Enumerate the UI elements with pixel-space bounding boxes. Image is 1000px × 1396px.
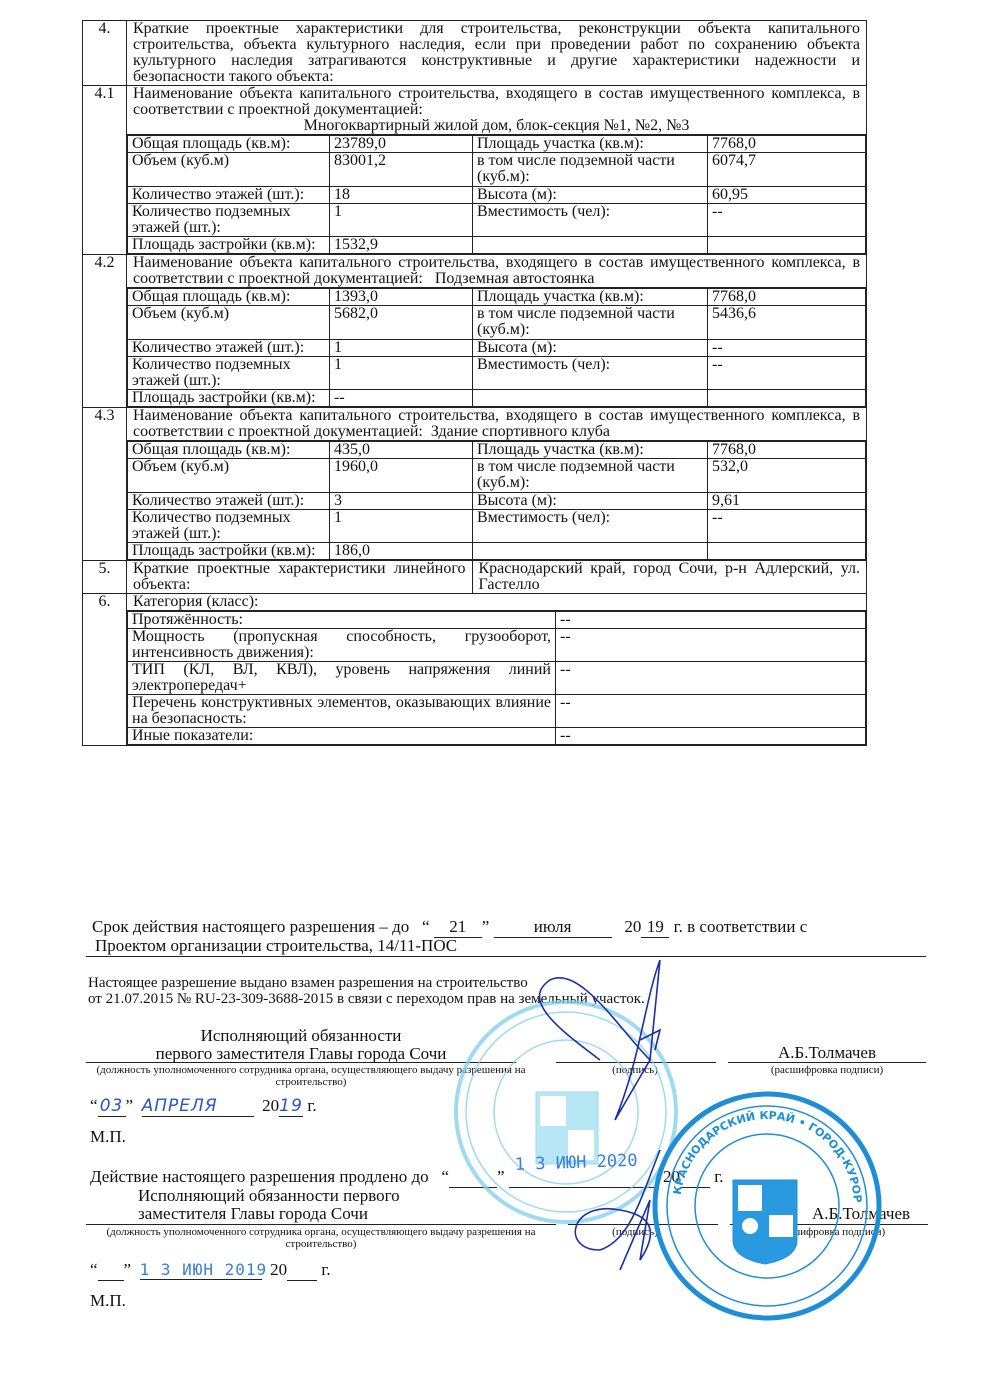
validity-month: июля bbox=[494, 917, 612, 938]
seal-placeholder: М.П. bbox=[90, 1127, 126, 1147]
issue-year: 19 bbox=[279, 1096, 303, 1117]
param-label: Объем (куб.м) bbox=[128, 153, 330, 187]
position-caption: (должность уполномоченного сотрудника ор… bbox=[86, 1064, 536, 1088]
param-label: Вместимость (чел): bbox=[473, 357, 708, 390]
param-row: Количество этажей (шт.):1Высота (м):-- bbox=[128, 340, 866, 357]
section-number: 5. bbox=[83, 561, 127, 594]
param-row: Количество подземных этажей (шт.):1Вмест… bbox=[128, 357, 866, 390]
param-value: 1 bbox=[330, 357, 473, 390]
name-caption: (расшифровка подписи) bbox=[730, 1226, 928, 1238]
param-label: Площадь застройки (кв.м): bbox=[128, 543, 330, 560]
issue-month: АПРЕЛЯ bbox=[142, 1096, 254, 1117]
param-value: 435,0 bbox=[330, 442, 473, 459]
section-number: 4.2 bbox=[83, 255, 127, 408]
section-number: 4.1 bbox=[83, 86, 127, 255]
object-4-1: 4.1 Наименование объекта капитального ст… bbox=[83, 86, 867, 255]
object-name: Многоквартирный жилой дом, блок-секция №… bbox=[133, 118, 860, 134]
characteristics-table: 4. Краткие проектные характеристики для … bbox=[82, 20, 867, 746]
param-label: Вместимость (чел): bbox=[473, 510, 708, 543]
param-row: Перечень конструктивных элементов, оказы… bbox=[128, 695, 866, 728]
param-row: Объем (куб.м)5682,0в том числе подземной… bbox=[128, 306, 866, 340]
param-label: Площадь застройки (кв.м): bbox=[128, 237, 330, 254]
param-row: Количество этажей (шт.):18Высота (м):60,… bbox=[128, 187, 866, 204]
param-value: -- bbox=[708, 204, 866, 237]
param-label: Количество этажей (шт.): bbox=[128, 340, 330, 357]
param-label: ТИП (КЛ, ВЛ, КВЛ), уровень напряжения ли… bbox=[128, 662, 556, 695]
name-caption: (расшифровка подписи) bbox=[728, 1064, 926, 1076]
param-value: -- bbox=[708, 340, 866, 357]
section-5-row: 5. Краткие проектные характеристики лине… bbox=[83, 561, 867, 594]
param-label: Перечень конструктивных элементов, оказы… bbox=[128, 695, 556, 728]
param-label bbox=[473, 390, 708, 407]
param-value: -- bbox=[708, 357, 866, 390]
object-4-3: 4.3 Наименование объекта капитального ст… bbox=[83, 408, 867, 561]
validity-basis: Проектом организации строительства, 14/1… bbox=[95, 936, 457, 956]
extension-line: Действие настоящего разрешения продлено … bbox=[90, 1167, 724, 1188]
param-label: Высота (м): bbox=[473, 187, 708, 204]
param-value: 60,95 bbox=[708, 187, 866, 204]
param-value: -- bbox=[556, 612, 866, 629]
object-4-2: 4.2 Наименование объекта капитального ст… bbox=[83, 255, 867, 408]
section-4-text: Краткие проектные характеристики для стр… bbox=[127, 21, 867, 86]
param-value: 18 bbox=[330, 187, 473, 204]
param-label: Объем (куб.м) bbox=[128, 306, 330, 340]
extension-day bbox=[449, 1167, 497, 1188]
param-row: Объем (куб.м)83001,2в том числе подземно… bbox=[128, 153, 866, 187]
param-row: Количество подземных этажей (шт.):1Вмест… bbox=[128, 204, 866, 237]
extension-signatory-name: А.Б.Толмачев bbox=[812, 1204, 910, 1224]
param-label: Высота (м): bbox=[473, 493, 708, 510]
validity-day: 21 bbox=[434, 917, 482, 938]
param-value bbox=[708, 390, 866, 407]
param-value: 1 bbox=[330, 510, 473, 543]
param-value: -- bbox=[556, 728, 866, 745]
param-row: Площадь застройки (кв.м):1532,9 bbox=[128, 237, 866, 254]
param-value: 3 bbox=[330, 493, 473, 510]
param-value: 1960,0 bbox=[330, 459, 473, 493]
extension-year bbox=[680, 1167, 710, 1188]
param-row: Общая площадь (кв.м):23789,0Площадь учас… bbox=[128, 136, 866, 153]
param-row: Общая площадь (кв.м):1393,0Площадь участ… bbox=[128, 289, 866, 306]
validity-line: Срок действия настоящего разрешения – до… bbox=[92, 917, 807, 938]
param-row: Иные показатели:-- bbox=[128, 728, 866, 745]
section-number: 6. bbox=[83, 594, 127, 746]
param-label: Вместимость (чел): bbox=[473, 204, 708, 237]
param-value: 1 bbox=[330, 340, 473, 357]
param-value: -- bbox=[330, 390, 473, 407]
param-label: Протяжённость: bbox=[128, 612, 556, 629]
extension-signatory-position: Исполняющий обязанности первого заместит… bbox=[138, 1187, 400, 1223]
divider bbox=[86, 956, 926, 957]
param-label: Мощность (пропускная способность, грузоо… bbox=[128, 629, 556, 662]
param-label: Общая площадь (кв.м): bbox=[128, 136, 330, 153]
param-label: Общая площадь (кв.м): bbox=[128, 442, 330, 459]
param-label: Количество этажей (шт.): bbox=[128, 187, 330, 204]
linear-object-location: Краснодарский край, город Сочи, р-н Адле… bbox=[472, 561, 866, 593]
param-label: в том числе подземной части (куб.м): bbox=[473, 153, 708, 187]
replacement-line-1: Настоящее разрешение выдано взамен разре… bbox=[88, 975, 528, 992]
linear-object-label: Краткие проектные характеристики линейно… bbox=[127, 561, 472, 593]
param-label: в том числе подземной части (куб.м): bbox=[473, 306, 708, 340]
param-value: 5682,0 bbox=[330, 306, 473, 340]
section-number: 4. bbox=[83, 21, 127, 86]
param-row: Протяжённость:-- bbox=[128, 612, 866, 629]
param-label: Площадь участка (кв.м): bbox=[473, 442, 708, 459]
extension-month bbox=[509, 1167, 659, 1188]
object-heading: Наименование объекта капитального строит… bbox=[133, 85, 860, 118]
object-params: Общая площадь (кв.м):23789,0Площадь учас… bbox=[127, 135, 866, 254]
param-value: 532,0 bbox=[708, 459, 866, 493]
position-caption: (должность уполномоченного сотрудника ор… bbox=[86, 1226, 556, 1250]
param-row: Объем (куб.м)1960,0в том числе подземной… bbox=[128, 459, 866, 493]
param-value bbox=[708, 237, 866, 254]
object-params: Общая площадь (кв.м):435,0Площадь участк… bbox=[127, 441, 866, 560]
replacement-line-2: от 21.07.2015 № RU-23-309-3688-2015 в св… bbox=[88, 991, 645, 1008]
param-value: 23789,0 bbox=[330, 136, 473, 153]
issue-day: 03 bbox=[98, 1096, 126, 1117]
extension-date-stamp: 1 3 ИЮН 2019 bbox=[140, 1260, 262, 1280]
param-label: Высота (м): bbox=[473, 340, 708, 357]
param-row: Количество этажей (шт.):3Высота (м):9,61 bbox=[128, 493, 866, 510]
issue-date: “03” АПРЕЛЯ 2019 г. bbox=[90, 1096, 317, 1117]
param-label: Площадь застройки (кв.м): bbox=[128, 390, 330, 407]
param-value: 83001,2 bbox=[330, 153, 473, 187]
signature-caption: (подпись) bbox=[570, 1064, 700, 1076]
signatory-name: А.Б.Толмачев bbox=[728, 1043, 926, 1063]
param-value: 1 bbox=[330, 204, 473, 237]
param-label: Количество подземных этажей (шт.): bbox=[128, 204, 330, 237]
param-value: 1393,0 bbox=[330, 289, 473, 306]
param-value: 5436,6 bbox=[708, 306, 866, 340]
param-label: Количество подземных этажей (шт.): bbox=[128, 510, 330, 543]
param-label: Иные показатели: bbox=[128, 728, 556, 745]
param-value: 7768,0 bbox=[708, 442, 866, 459]
param-label bbox=[473, 237, 708, 254]
signature-caption: (подпись) bbox=[575, 1226, 695, 1238]
param-row: Площадь застройки (кв.м):-- bbox=[128, 390, 866, 407]
param-label: Объем (куб.м) bbox=[128, 459, 330, 493]
section-4-row: 4. Краткие проектные характеристики для … bbox=[83, 21, 867, 86]
object-name: Подземная автостоянка bbox=[435, 270, 595, 287]
section-number: 4.3 bbox=[83, 408, 127, 561]
param-row: Мощность (пропускная способность, грузоо… bbox=[128, 629, 866, 662]
section-6-row: 6. Категория (класс): Протяжённость:-- М… bbox=[83, 594, 867, 746]
validity-year: 19 bbox=[641, 917, 669, 938]
param-label: Общая площадь (кв.м): bbox=[128, 289, 330, 306]
param-value: -- bbox=[708, 510, 866, 543]
param-value: 1532,9 bbox=[330, 237, 473, 254]
param-value: 7768,0 bbox=[708, 136, 866, 153]
param-label: Количество подземных этажей (шт.): bbox=[128, 357, 330, 390]
param-label: в том числе подземной части (куб.м): bbox=[473, 459, 708, 493]
param-value: -- bbox=[556, 695, 866, 728]
param-label bbox=[473, 543, 708, 560]
param-value bbox=[708, 543, 866, 560]
seal-placeholder: М.П. bbox=[90, 1291, 126, 1311]
param-value: 7768,0 bbox=[708, 289, 866, 306]
param-row: Площадь застройки (кв.м):186,0 bbox=[128, 543, 866, 560]
param-label: Площадь участка (кв.м): bbox=[473, 136, 708, 153]
extension-date: “ ” 1 3 ИЮН 2019 20 г. bbox=[90, 1260, 331, 1281]
param-value: -- bbox=[556, 662, 866, 695]
param-value: 186,0 bbox=[330, 543, 473, 560]
linear-params: Протяжённость:-- Мощность (пропускная сп… bbox=[127, 611, 866, 745]
object-params: Общая площадь (кв.м):1393,0Площадь участ… bbox=[127, 288, 866, 407]
param-label: Количество этажей (шт.): bbox=[128, 493, 330, 510]
category-heading: Категория (класс): bbox=[127, 594, 866, 611]
param-value: 9,61 bbox=[708, 493, 866, 510]
param-label: Площадь участка (кв.м): bbox=[473, 289, 708, 306]
param-row: Общая площадь (кв.м):435,0Площадь участк… bbox=[128, 442, 866, 459]
signatory-position: Исполняющий обязанности первого заместит… bbox=[86, 1027, 516, 1063]
param-value: -- bbox=[556, 629, 866, 662]
param-value: 6074,7 bbox=[708, 153, 866, 187]
param-row: Количество подземных этажей (шт.):1Вмест… bbox=[128, 510, 866, 543]
param-row: ТИП (КЛ, ВЛ, КВЛ), уровень напряжения ли… bbox=[128, 662, 866, 695]
object-name: Здание спортивного клуба bbox=[431, 423, 610, 440]
